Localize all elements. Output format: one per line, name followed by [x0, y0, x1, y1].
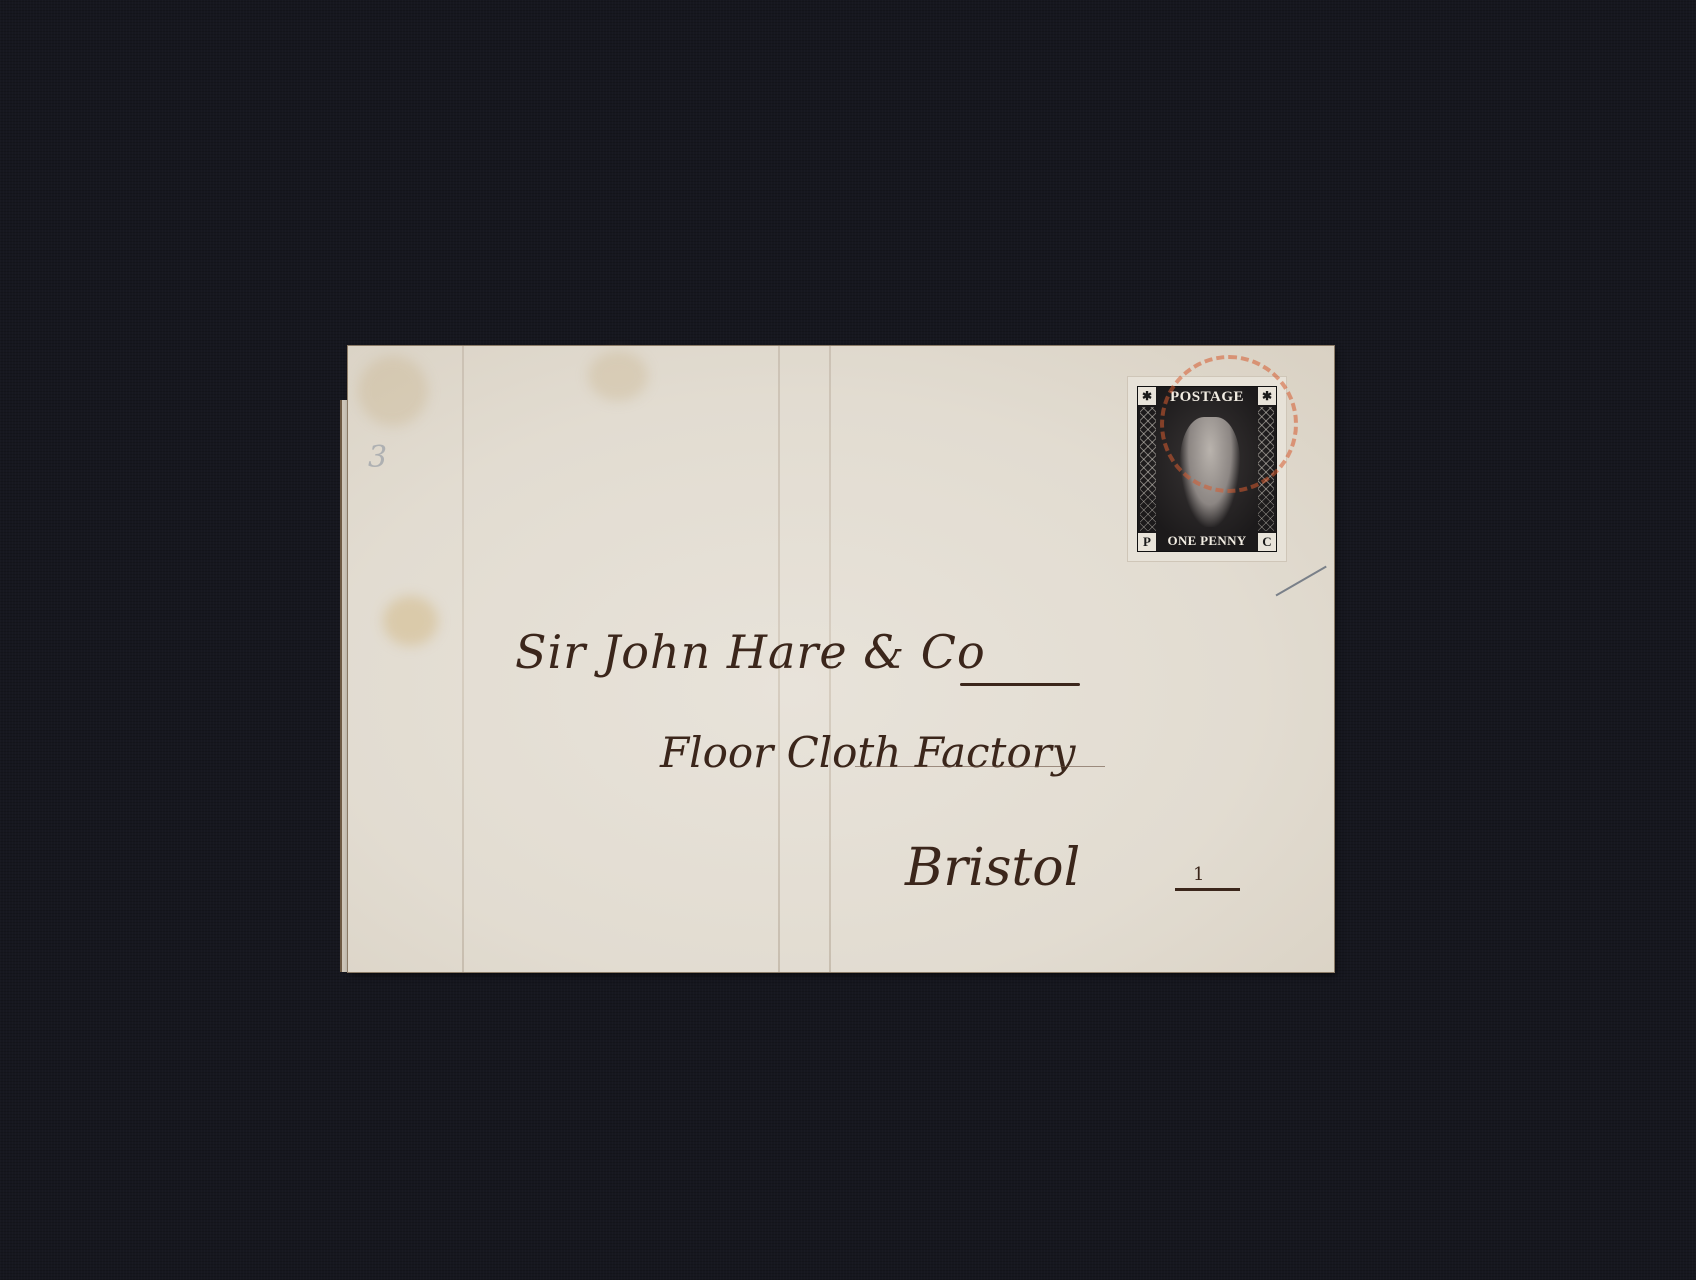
maltese-cross-cancel: [1160, 355, 1298, 493]
address-line-2: Floor Cloth Factory: [660, 728, 1076, 777]
corner-ornament-icon: ✱: [1138, 387, 1156, 405]
corner-letter-right: C: [1258, 533, 1276, 551]
address-underline: [1175, 888, 1240, 891]
address-line-1: Sir John Hare & Co: [515, 625, 986, 679]
address-line-3: Bristol: [905, 838, 1080, 898]
foxing-stain: [588, 351, 648, 401]
pencil-note: 3: [368, 440, 387, 475]
fold-line: [462, 346, 464, 972]
stamp-lattice: [1140, 407, 1156, 531]
corner-letter-left: P: [1138, 533, 1156, 551]
address-rule: [855, 766, 1105, 767]
address-flourish: [960, 683, 1080, 686]
foxing-stain: [358, 356, 428, 426]
address-mark: 1: [1193, 864, 1204, 885]
stamp-value-text: ONE PENNY: [1158, 533, 1256, 549]
foxing-stain: [383, 596, 438, 646]
